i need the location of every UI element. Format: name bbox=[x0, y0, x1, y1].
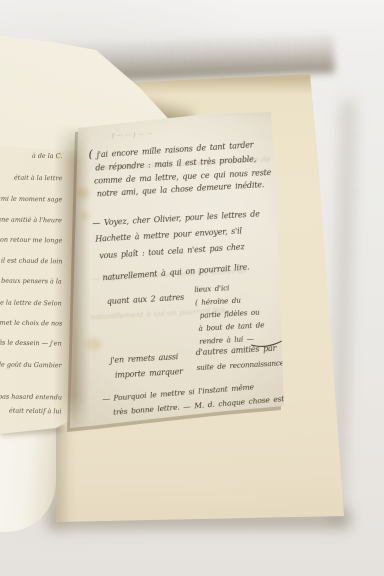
handwriting-line: importe marquer bbox=[115, 368, 183, 380]
handwriting-line: j'en remets aussi bbox=[110, 353, 178, 365]
left-page-fragment: pas hasard entendu bbox=[0, 394, 62, 401]
page-gutter-shadow bbox=[54, 124, 90, 434]
handwriting-line: suite de reconnaissance. bbox=[196, 359, 286, 371]
book-photograph: à de la C. était à la lettre mon ami le … bbox=[0, 0, 384, 576]
inset-line: partie fidèles ou bbox=[200, 309, 260, 320]
left-page-fragment: on y met le choix de nos bbox=[0, 319, 62, 326]
left-page-fragment: une amitié à l'heure bbox=[0, 217, 62, 224]
handwriting-line: quant aux 2 autres bbox=[107, 294, 185, 306]
left-page-fragment: des beaux pensers à la bbox=[0, 277, 62, 284]
left-page-fragment: de la lettre de Selon bbox=[0, 300, 62, 307]
inset-line: lieux d'ici bbox=[194, 284, 229, 293]
handwriting-line: vous plaît : tout cela n'est pas chez bbox=[99, 243, 245, 260]
handwriting-line: — Voyez, cher Olivier, pour les lettres … bbox=[92, 210, 260, 227]
handwriting-line: Hachette à mettre pour envoyer, s'il bbox=[95, 227, 242, 243]
left-page-fragment: mon ami le moment sage bbox=[0, 195, 62, 203]
pencil-annotation: ( ··· ··· ) ··· ··· bbox=[112, 131, 152, 140]
inset-line: ( héroïne du bbox=[195, 297, 241, 307]
inset-line: rendre à lui — bbox=[199, 335, 254, 345]
left-page-fragment: il est chaud de loin bbox=[0, 258, 62, 265]
left-page-fragment: où mon retour me longe bbox=[0, 236, 62, 243]
left-page-fragment: le goût du Gambier bbox=[0, 362, 62, 369]
handwriting-line: naturellement à qui on pourrait lire. bbox=[102, 264, 249, 283]
handwriting-line: d'autres amitiés par bbox=[196, 345, 277, 357]
left-page-fragment: je fis le dessein — j'en bbox=[0, 339, 62, 346]
